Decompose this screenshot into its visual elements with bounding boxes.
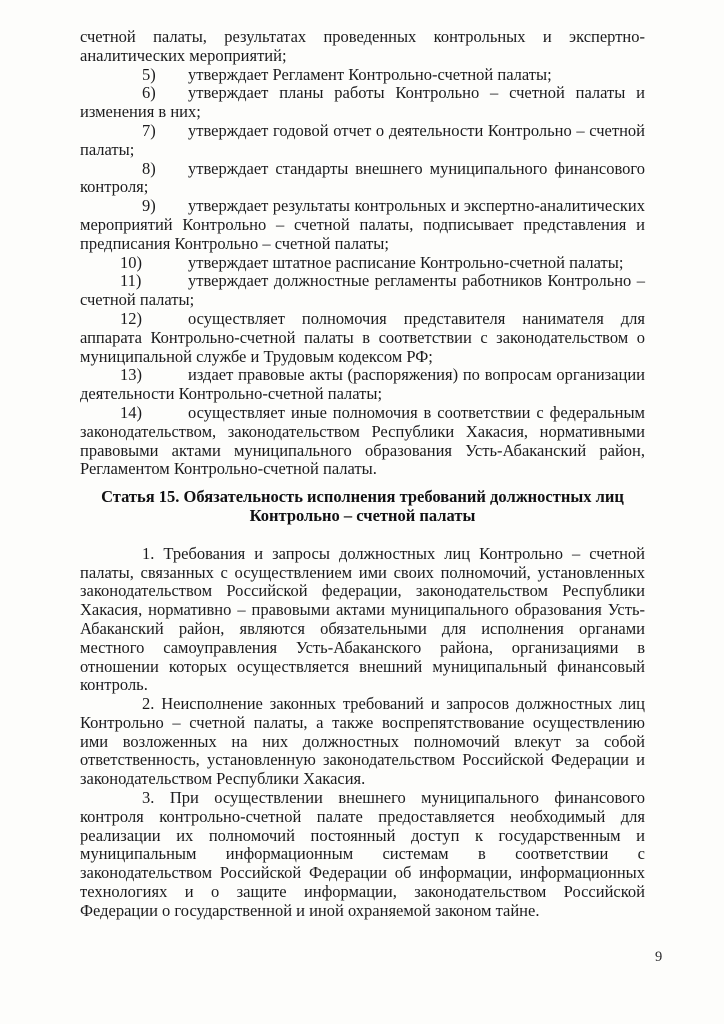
paragraph-continuation: счетной палаты, результатах проведенных …: [80, 28, 645, 66]
article-heading-line2: Контрольно – счетной палаты: [250, 506, 476, 525]
paragraph-3: 3. При осуществлении внешнего муниципаль…: [80, 789, 645, 921]
paragraph-1: 1. Требования и запросы должностных лиц …: [80, 545, 645, 695]
document-body: счетной палаты, результатах проведенных …: [80, 28, 645, 921]
list-item-number: 8): [142, 160, 188, 179]
list-item-number: 13): [120, 366, 188, 385]
document-page: счетной палаты, результатах проведенных …: [0, 0, 724, 1024]
paragraph-text: При осуществлении внешнего муниципальног…: [80, 788, 645, 920]
list-item-text: утверждает Регламент Контрольно-счетной …: [188, 65, 552, 84]
list-item-number: 6): [142, 84, 188, 103]
list-item-5: 5)утверждает Регламент Контрольно-счетно…: [80, 66, 645, 85]
paragraph-text: Неисполнение законных требований и запро…: [80, 694, 645, 788]
list-item-number: 11): [120, 272, 188, 291]
list-item-14: 14)осуществляет иные полномочия в соотве…: [80, 404, 645, 479]
list-item-7: 7)утверждает годовой отчет о деятельност…: [80, 122, 645, 160]
list-item-number: 10): [120, 254, 188, 273]
list-item-13: 13)издает правовые акты (распоряжения) п…: [80, 366, 645, 404]
list-item-number: 12): [120, 310, 188, 329]
list-item-number: 9): [142, 197, 188, 216]
list-item-11: 11)утверждает должностные регламенты раб…: [80, 272, 645, 310]
list-item-8: 8)утверждает стандарты внешнего муниципа…: [80, 160, 645, 198]
paragraph-text: Требования и запросы должностных лиц Кон…: [80, 544, 645, 695]
list-item-9: 9)утверждает результаты контрольных и эк…: [80, 197, 645, 253]
article-heading: Статья 15. Обязательность исполнения тре…: [80, 488, 645, 526]
page-number: 9: [655, 948, 662, 967]
list-item-6: 6)утверждает планы работы Контрольно – с…: [80, 84, 645, 122]
list-item-12: 12)осуществляет полномочия представителя…: [80, 310, 645, 366]
paragraph-2: 2. Неисполнение законных требований и за…: [80, 695, 645, 789]
list-item-10: 10)утверждает штатное расписание Контрол…: [80, 254, 645, 273]
list-item-number: 7): [142, 122, 188, 141]
list-item-number: 14): [120, 404, 188, 423]
list-item-text: утверждает штатное расписание Контрольно…: [188, 253, 623, 272]
paragraph-number: 1.: [142, 544, 154, 563]
paragraph-number: 2.: [142, 694, 154, 713]
article-heading-line1: Статья 15. Обязательность исполнения тре…: [101, 487, 624, 506]
paragraph-number: 3.: [142, 788, 154, 807]
list-item-number: 5): [142, 66, 188, 85]
